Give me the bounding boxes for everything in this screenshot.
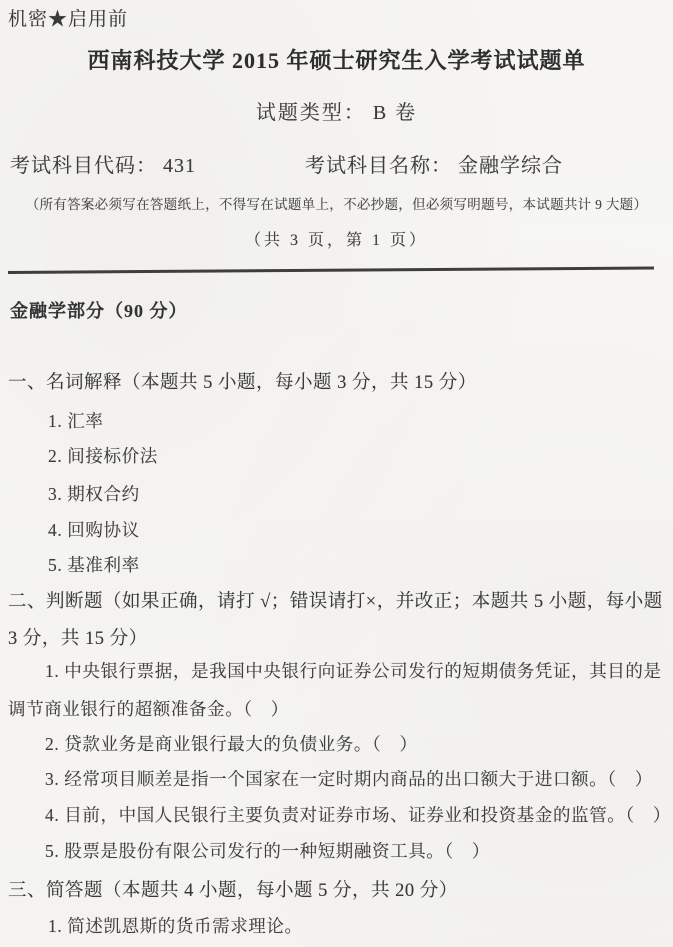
confidential-marking: 机密★启用前 [8,4,128,31]
paper-type-label: 试题类型： B 卷 [0,96,673,125]
subject-code-label: 考试科目代码： 431 [10,149,196,178]
section-1-question-5: 5. 基准利率 [48,552,140,577]
section-2-question-3: 3. 经常项目顺差是指一个国家在一定时期内商品的出口额大于进口额。（ ） [45,766,653,791]
section-1-heading: 一、名词解释（本题共 5 小题，每小题 3 分，共 15 分） [8,368,477,394]
exam-paper-page: 机密★启用前 西南科技大学 2015 年硕士研究生入学考试试题单 试题类型： B… [0,0,673,947]
section-2-heading: 二、判断题（如果正确，请打 √；错误请打×，并改正；本题共 5 小题，每小题 3… [8,584,667,658]
page-title: 西南科技大学 2015 年硕士研究生入学考试试题单 [0,44,673,75]
section-2-question-5: 5. 股票是股份有限公司发行的一种短期融资工具。（ ） [45,838,490,863]
horizontal-divider [8,266,654,273]
section-1-question-3: 3. 期权合约 [48,481,140,506]
section-1-question-4: 4. 回购协议 [48,517,140,542]
page-count-info: （共 3 页，第 1 页） [0,227,673,250]
section-1-question-1: 1. 汇率 [48,408,104,433]
section-1-question-2: 2. 间接标价法 [48,443,158,468]
answer-instructions: （所有答案必须写在答题纸上，不得写在试题单上，不必抄题，但必须写明题号，本试题共… [0,193,673,213]
section-2-question-4: 4. 目前，中国人民银行主要负责对证券市场、证券业和投资基金的监管。（ ） [45,802,671,827]
section-2-question-1: 1. 中央银行票据，是我国中央银行向证券公司发行的短期债务凭证，其目的是调节商业… [8,652,668,728]
section-3-heading: 三、简答题（本题共 4 小题，每小题 5 分，共 20 分） [8,876,458,902]
section-2-question-2: 2. 贷款业务是商业银行最大的负债业务。（ ） [45,731,418,756]
part-title-finance: 金融学部分（90 分） [10,297,188,323]
section-3-question-1: 1. 简述凯恩斯的货币需求理论。 [48,913,303,938]
subject-name-label: 考试科目名称： 金融学综合 [305,149,563,178]
